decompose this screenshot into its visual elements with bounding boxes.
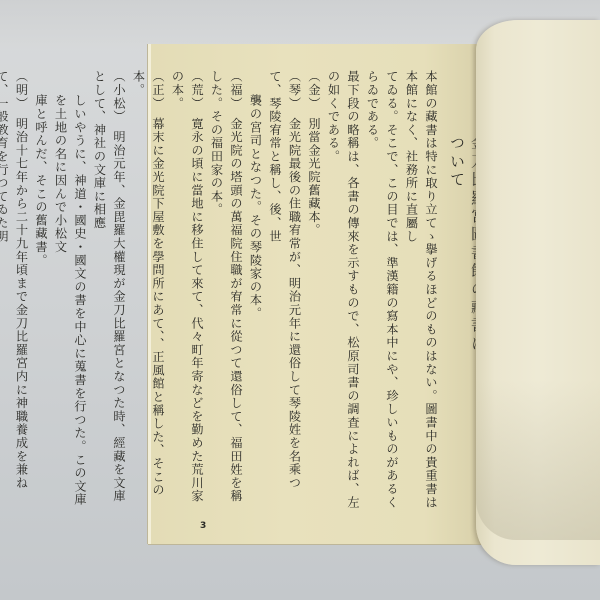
entry-mei: （明） 明治十七年から二十九年頃まで金刀比羅宮内に神職養成を兼ねて、一般教育を行… <box>0 70 31 510</box>
entry-koto: （琴） 金光院最後の住職宥常が、明治元年に還俗して琴陵姓を名乘つて、琴陵宥常と稱… <box>265 70 304 510</box>
text-line: 本館の藏書は特に取り立てゝ擧げるほどのものはない。圖書中の貴重書は本館になく、社… <box>401 70 440 510</box>
entry-sei: （正） 幕末に金光院下屋敷を學問所にあて、、正風館と稱した、そこの本。 <box>128 70 167 510</box>
entry-kin: （金） 別當金光院舊藏本。 <box>304 70 324 510</box>
entry-fuku: （福） 金光院の塔頭の萬福院住職が宥常に從つて還俗して、福田姓を稱した。その福田… <box>206 70 245 510</box>
page-number: 3 <box>200 521 206 531</box>
entry-komatsu-cont: しいやうに、神道・國史・國文の書を中心に蒐書を行つた。この文庫を土地の名に因んで… <box>50 94 89 510</box>
text-line: 最下段の略稱は、各書の傳來を示すもので、松原司書の調査によれば、左の如くである。 <box>323 70 362 510</box>
entry-komatsu: （小松） 明治元年、金毘羅大權現が金刀比羅宮となつた時、經藏を文庫として、神社の… <box>89 70 128 510</box>
entry-komatsu-cont: 庫と呼んだ、そこの舊藏書。 <box>31 94 51 510</box>
entry-koto-cont: 襲の宮司となつた。その琴陵家の本。 <box>245 94 265 510</box>
text-line: てゐる。そこで、この目では、準漢籍の寫本中にや、珍しいものがあるくらゐである。 <box>362 70 401 510</box>
body-text: 本館の藏書は特に取り立てゝ擧げるほどのものはない。圖書中の貴重書は本館になく、社… <box>160 70 440 510</box>
entry-ara: （荒） 寛永の頃に當地に移住して來て、代々町年寄などを勤めた荒川家の本。 <box>167 70 206 510</box>
page-shadow <box>476 380 600 540</box>
